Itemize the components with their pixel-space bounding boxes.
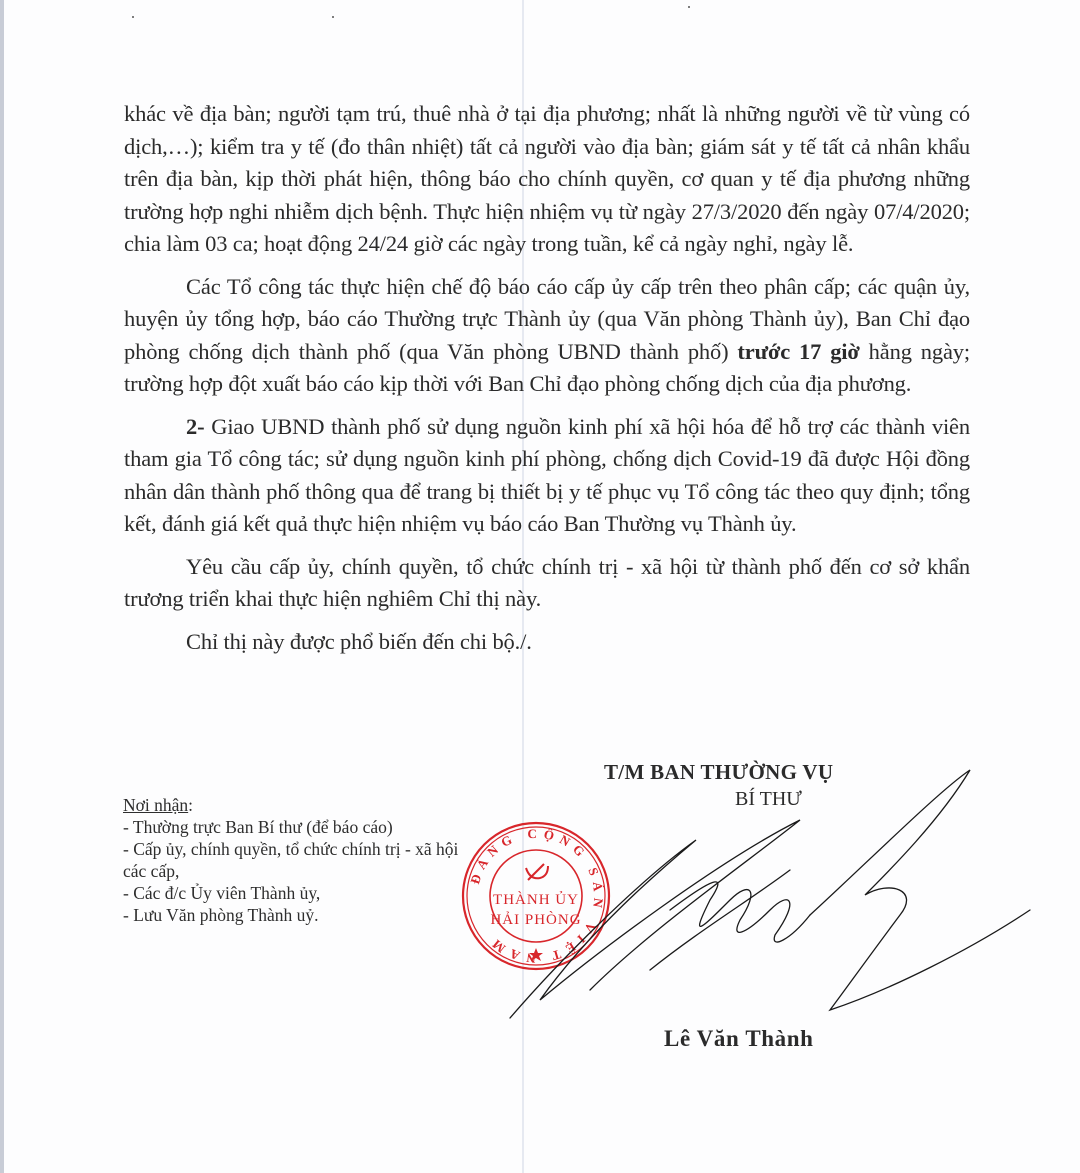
- scan-speck: [132, 16, 134, 18]
- paragraph: Chỉ thị này được phổ biến đến chi bộ./.: [124, 626, 970, 659]
- text-run: khác về địa bàn; người tạm trú, thuê nhà…: [124, 101, 970, 256]
- bold-text: 2-: [186, 414, 204, 439]
- text-run: Chỉ thị này được phổ biến đến chi bộ./.: [186, 629, 532, 654]
- paragraph: 2- Giao UBND thành phố sử dụng nguồn kin…: [124, 411, 970, 541]
- scan-edge: [0, 0, 4, 1173]
- recipient-item: - Thường trực Ban Bí thư (để báo cáo): [123, 816, 483, 838]
- recipients-heading: Nơi nhận:: [123, 794, 483, 816]
- paragraph: Yêu cầu cấp ủy, chính quyền, tổ chức chí…: [124, 551, 970, 616]
- recipient-item: - Cấp ủy, chính quyền, tổ chức chính trị…: [123, 838, 483, 882]
- handwritten-signature: [470, 760, 1040, 1020]
- paragraph: Các Tổ công tác thực hiện chế độ báo cáo…: [124, 271, 970, 401]
- scan-speck: [688, 6, 690, 8]
- text-run: Yêu cầu cấp ủy, chính quyền, tổ chức chí…: [124, 554, 970, 612]
- recipients-list: Nơi nhận: - Thường trực Ban Bí thư (để b…: [123, 794, 483, 926]
- scan-speck: [332, 16, 334, 18]
- text-run: Giao UBND thành phố sử dụng nguồn kinh p…: [124, 414, 970, 537]
- paragraph: khác về địa bàn; người tạm trú, thuê nhà…: [124, 98, 970, 261]
- signer-name: Lê Văn Thành: [664, 1026, 814, 1052]
- recipient-item: - Lưu Văn phòng Thành uỷ.: [123, 904, 483, 926]
- recipient-item: - Các đ/c Ủy viên Thành ủy,: [123, 882, 483, 904]
- bold-text: trước 17 giờ: [737, 339, 859, 364]
- document-body: khác về địa bàn; người tạm trú, thuê nhà…: [124, 98, 970, 658]
